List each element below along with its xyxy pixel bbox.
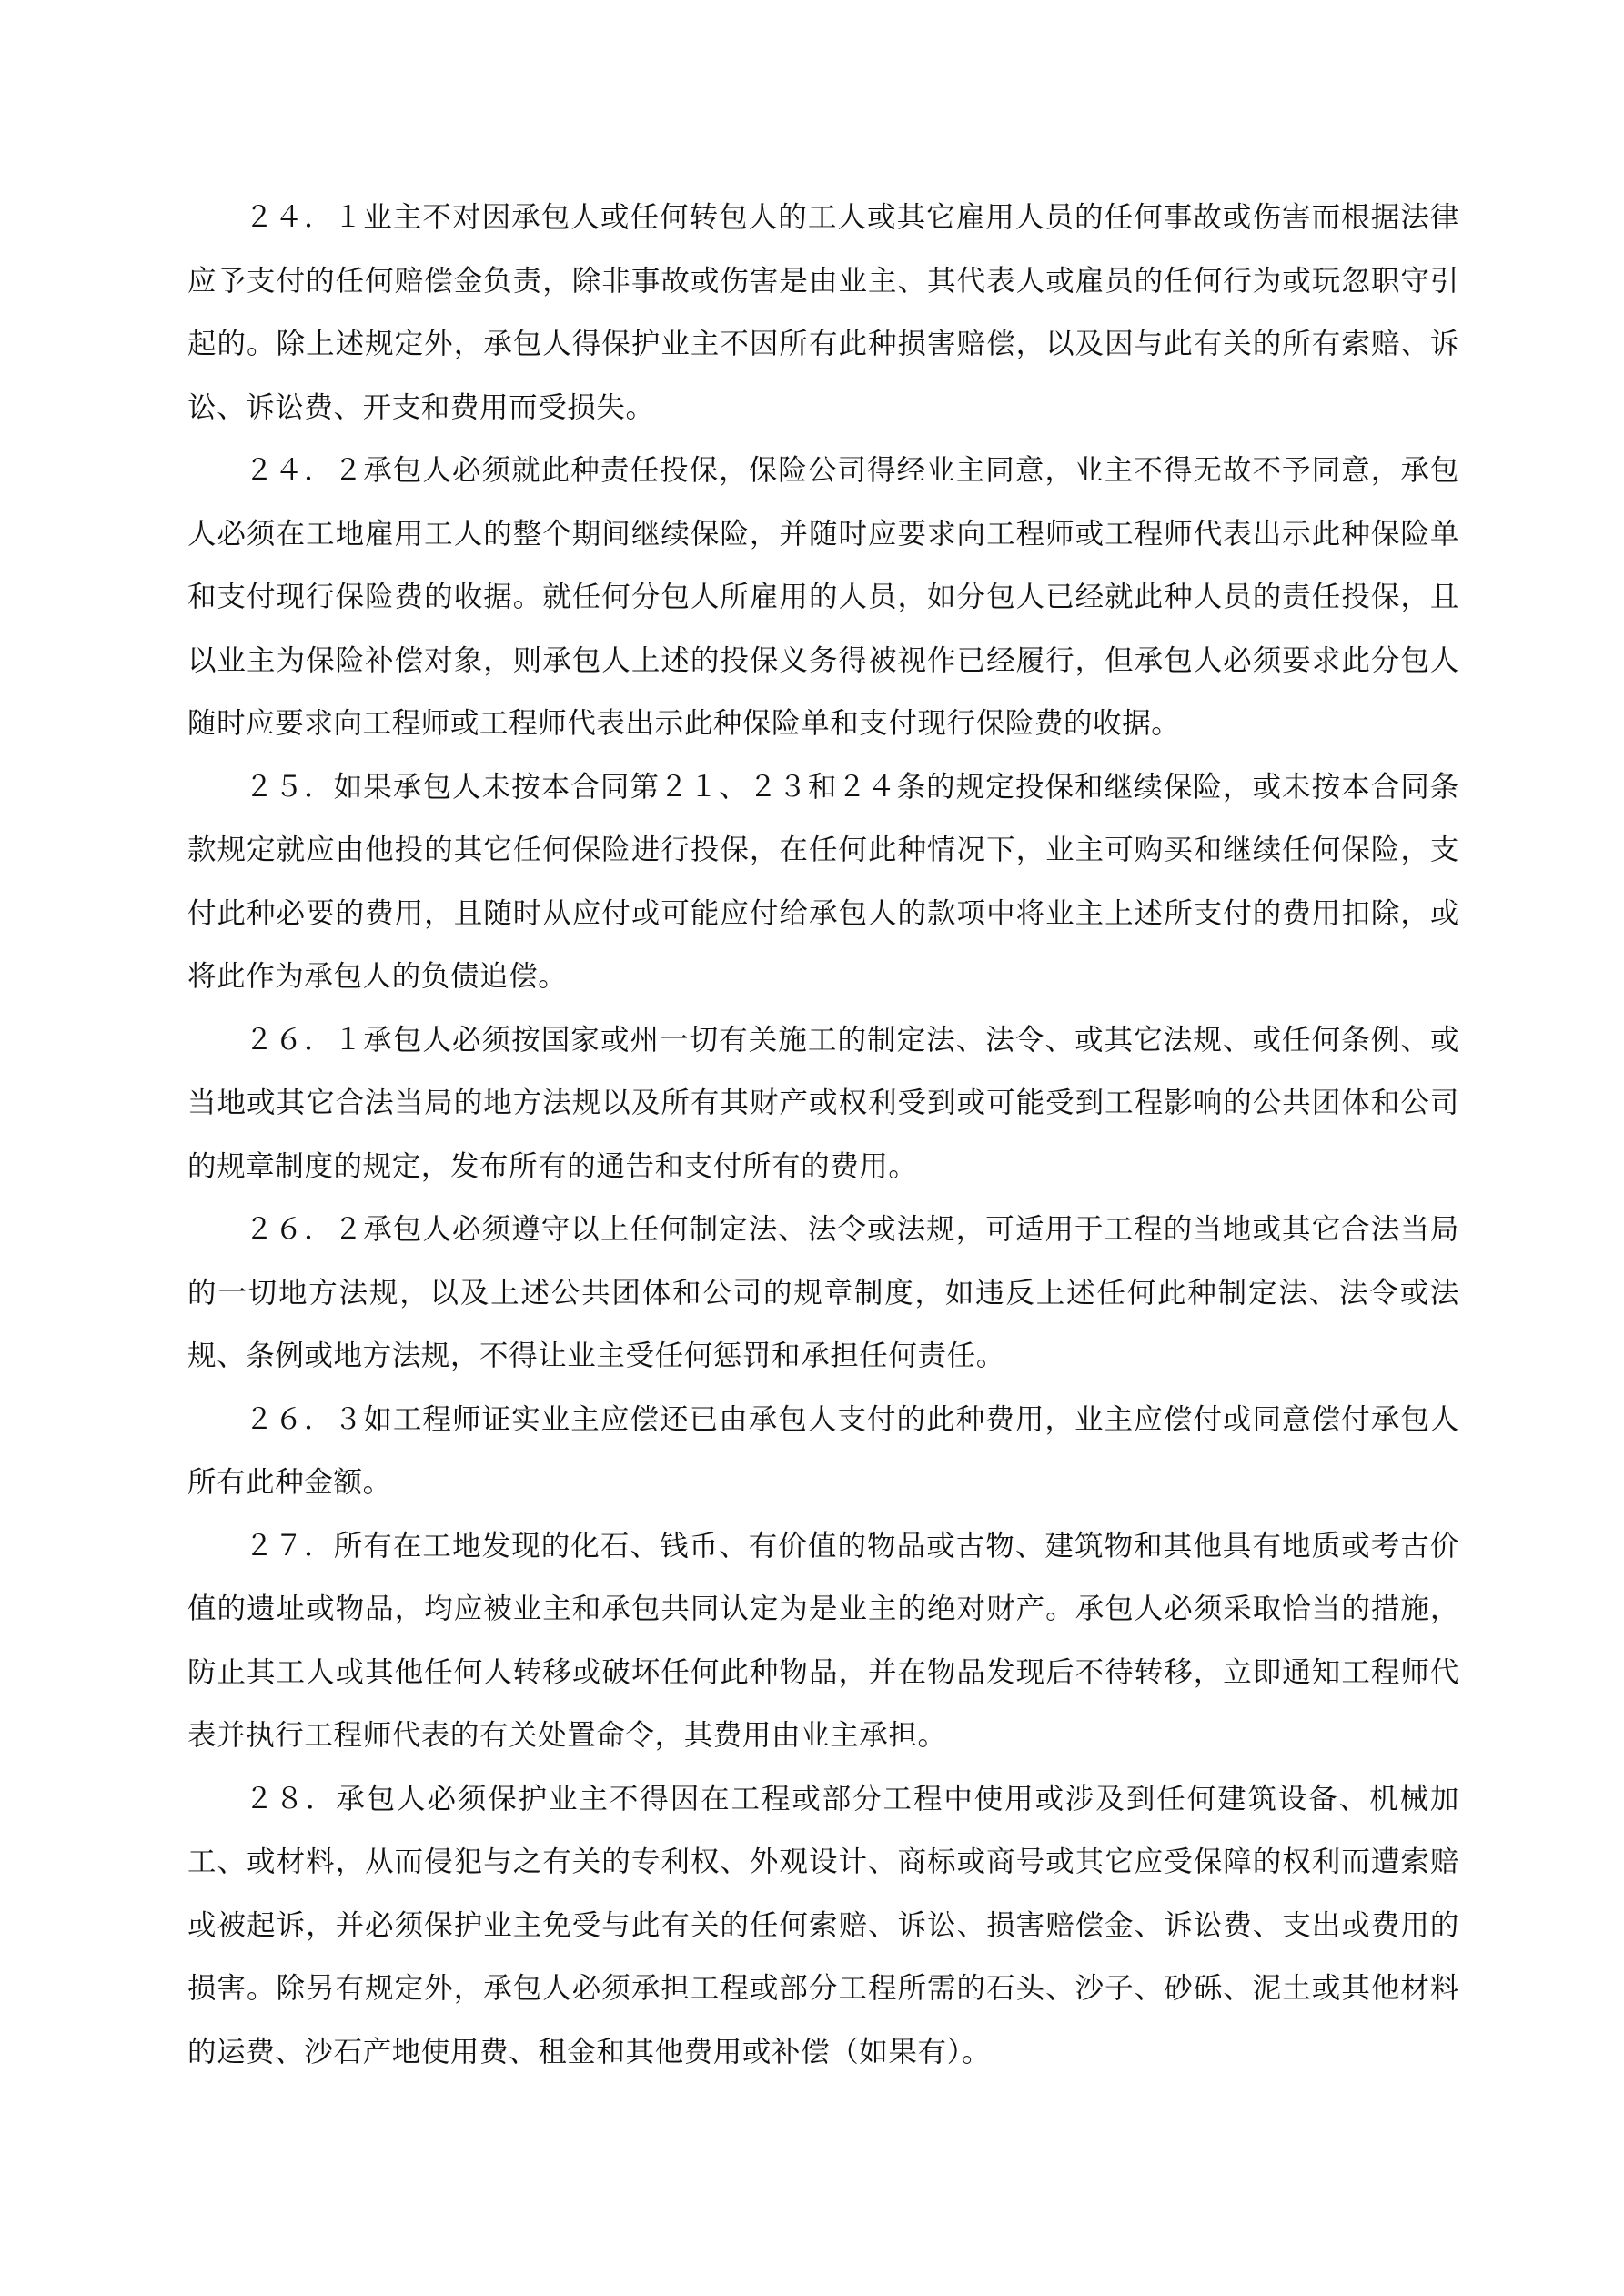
paragraph-clause-26-2: ２６．２承包人必须遵守以上任何制定法、法令或法规，可适用于工程的当地或其它合法当… — [187, 1199, 1459, 1389]
document-page: ２４．１业主不对因承包人或任何转包人的工人或其它雇用人员的任何事故或伤害而根据法… — [187, 187, 1459, 2084]
paragraph-clause-26-1: ２６．１承包人必须按国家或州一切有关施工的制定法、法令、或其它法规、或任何条例、… — [187, 1009, 1459, 1199]
paragraph-clause-25: ２５．如果承包人未按本合同第２１、２３和２４条的规定投保和继续保险，或未按本合同… — [187, 756, 1459, 1009]
paragraph-clause-26-3: ２６．３如工程师证实业主应偿还已由承包人支付的此种费用，业主应偿付或同意偿付承包… — [187, 1389, 1459, 1515]
paragraph-clause-27: ２７．所有在工地发现的化石、钱币、有价值的物品或古物、建筑物和其他具有地质或考古… — [187, 1515, 1459, 1768]
paragraph-clause-24-1: ２４．１业主不对因承包人或任何转包人的工人或其它雇用人员的任何事故或伤害而根据法… — [187, 187, 1459, 440]
paragraph-clause-24-2: ２４．２承包人必须就此种责任投保，保险公司得经业主同意，业主不得无故不予同意，承… — [187, 440, 1459, 756]
paragraph-clause-28: ２８．承包人必须保护业主不得因在工程或部分工程中使用或涉及到任何建筑设备、机械加… — [187, 1768, 1459, 2085]
